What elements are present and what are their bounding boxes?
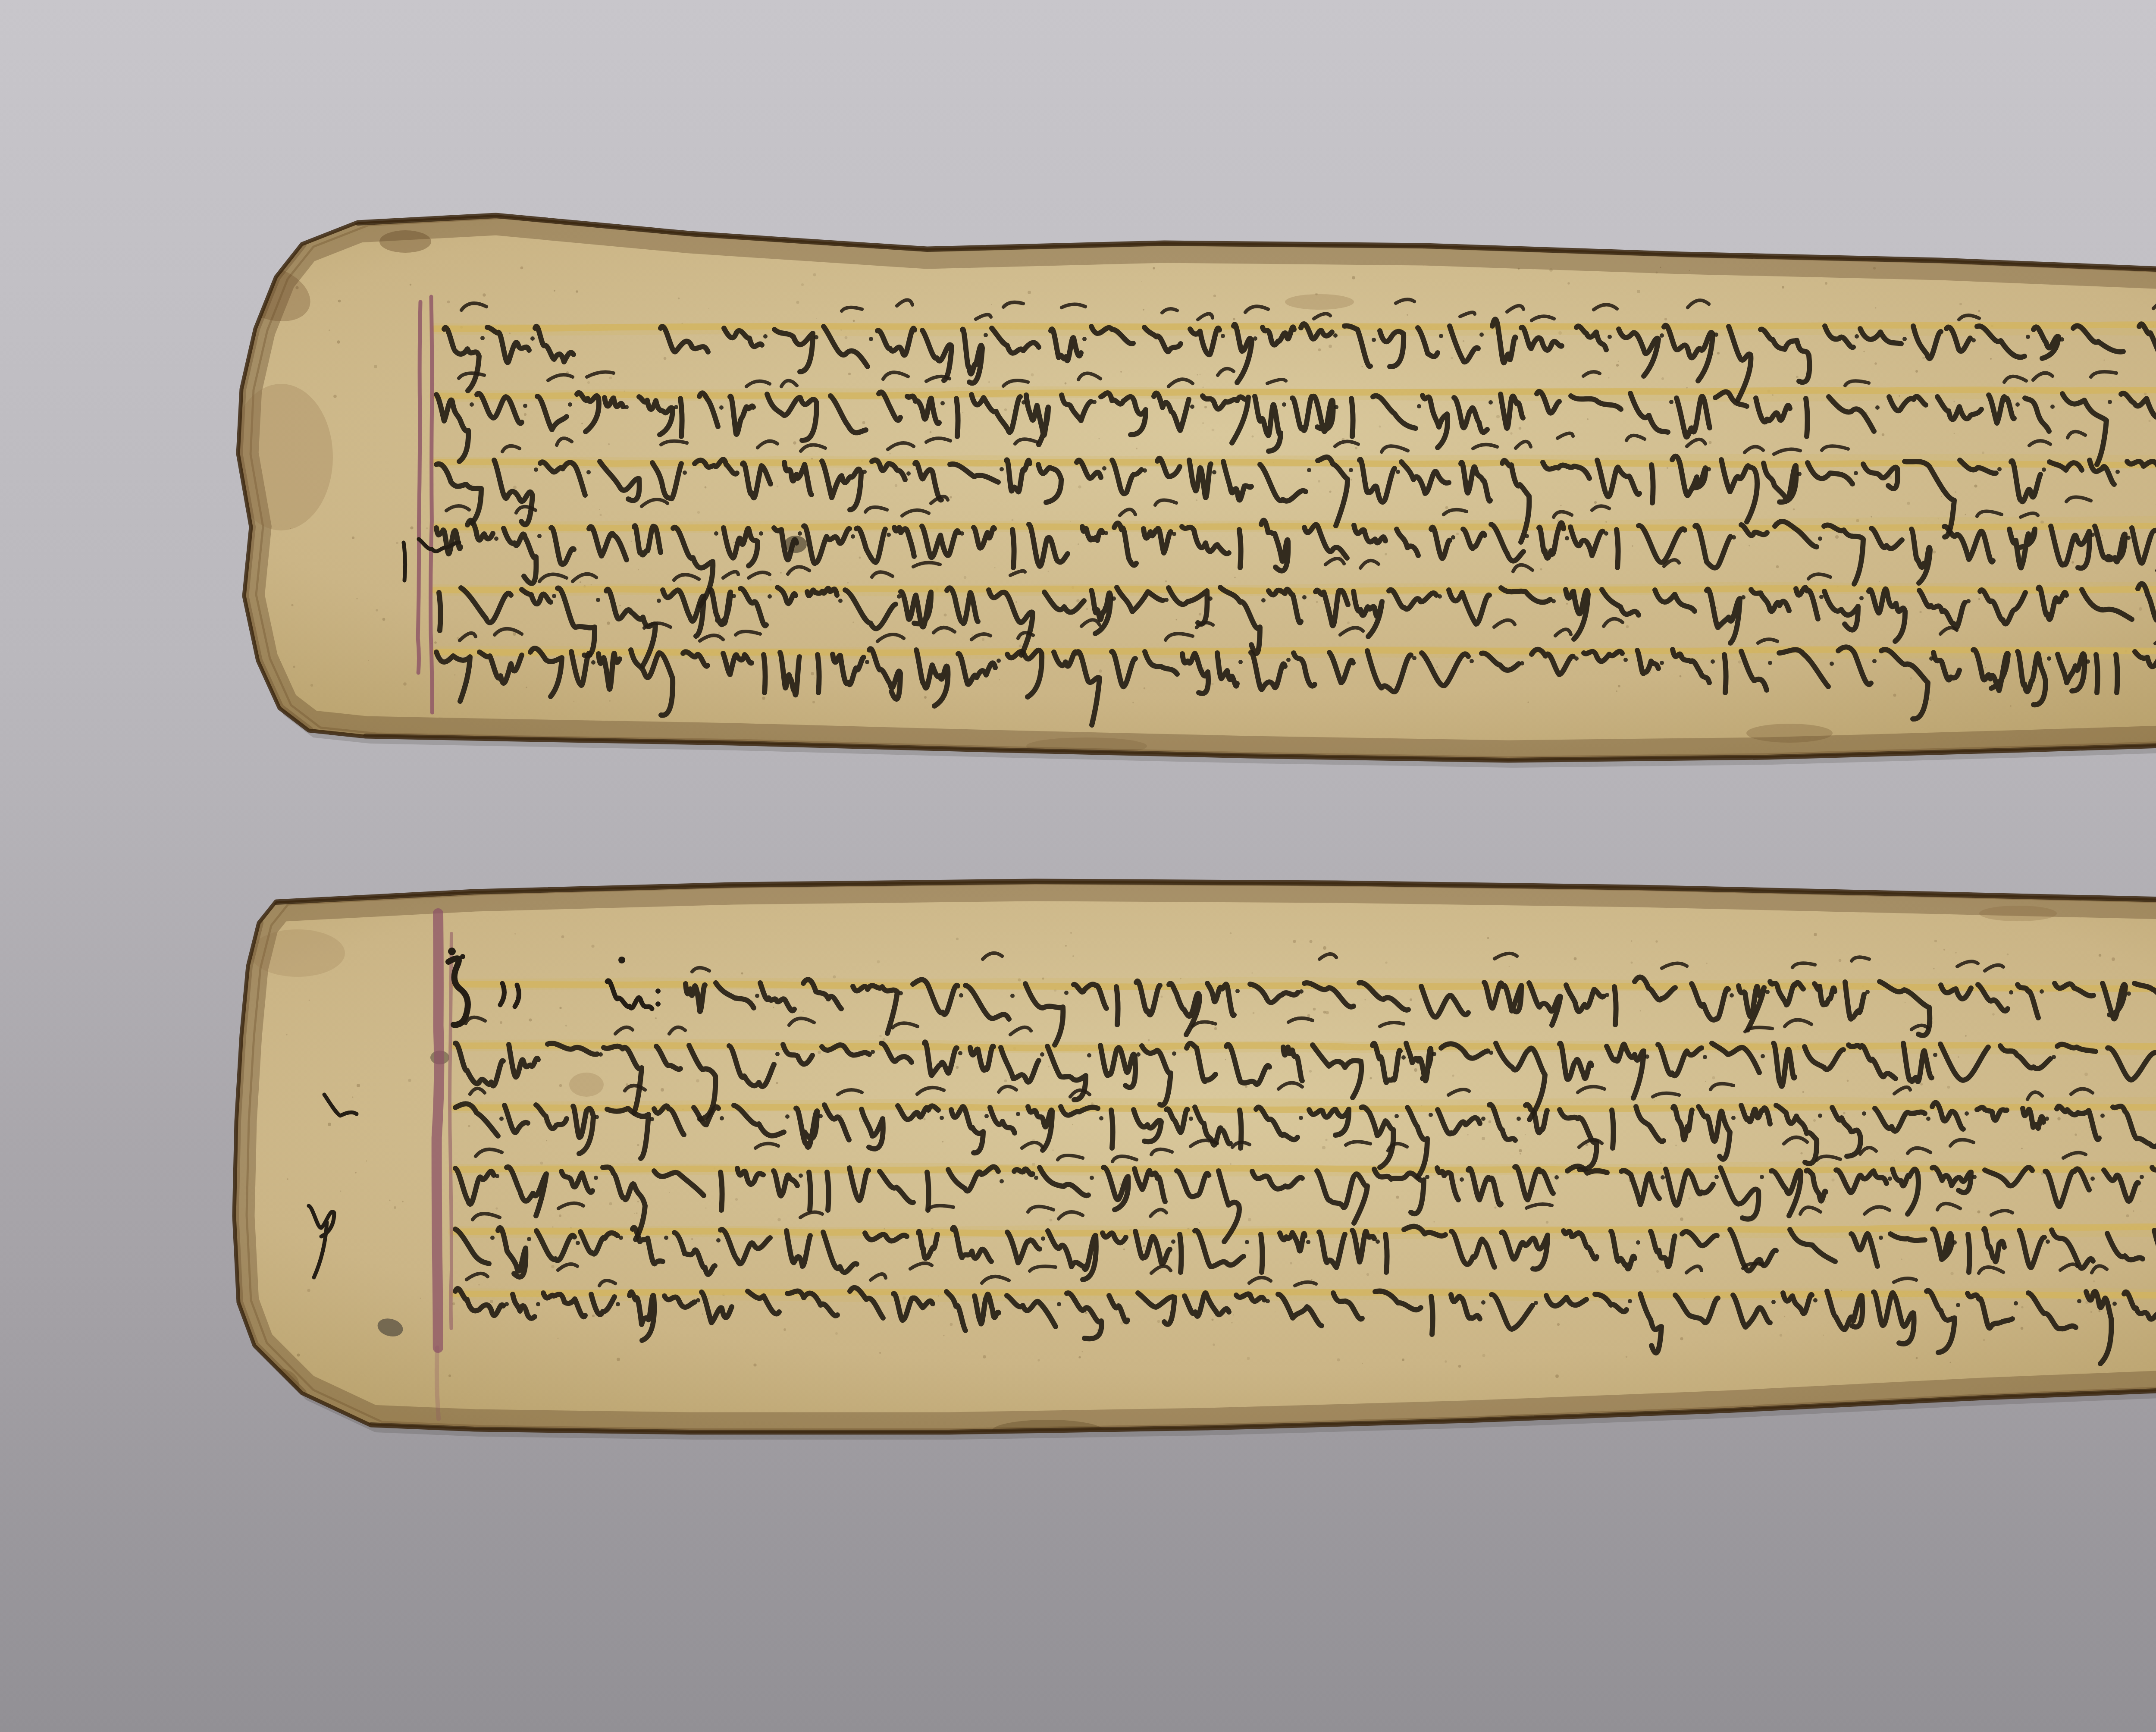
scene	[0, 0, 2156, 1732]
folio-paper	[234, 881, 2156, 1433]
manuscript-photo	[0, 0, 2156, 1732]
top-folio	[223, 215, 2156, 768]
bottom-folio	[226, 881, 2156, 1442]
